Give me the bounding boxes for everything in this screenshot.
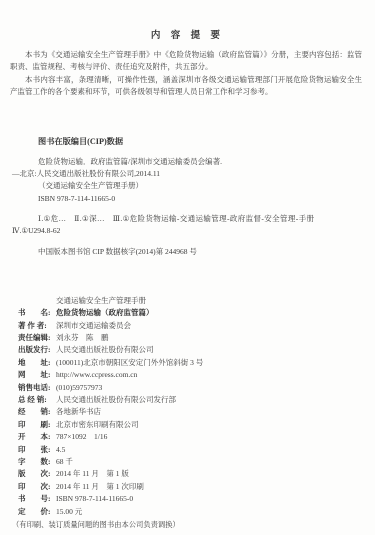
colophon-row: 地 址:(100011)北京市朝阳区安定门外外馆斜街 3 号 (18, 357, 375, 369)
cip-line: ISBN 978-7-114-11665-0 (12, 193, 314, 205)
cip-header: 图书在版编目(CIP)数据 (38, 136, 314, 147)
colophon-value: 深圳市交通运输委员会 (56, 321, 131, 330)
colophon-label: 印 刷: (18, 419, 56, 431)
cip-line: 危险货物运输．政府监管篇/深圳市交通运输委员会编著. (12, 156, 314, 168)
colophon-row: 责任编辑:刘永芬 陈 鹏 (18, 332, 375, 344)
colophon-label: 书 号: (18, 493, 56, 505)
colophon-label: 开 本: (18, 431, 56, 443)
colophon-row: 出版发行:人民交通出版社股份有限公司 (18, 344, 375, 356)
colophon-label: 字 数: (18, 456, 56, 468)
cip-line: （交通运输安全生产管理手册） (12, 180, 314, 192)
quality-note: （有印刷、装订质量问题的图书由本公司负责调换） (12, 519, 375, 531)
colophon-value: (100011)北京市朝阳区安定门外外馆斜街 3 号 (56, 358, 203, 367)
colophon-label: 书 名: (18, 307, 56, 319)
colophon-value: 各地新华书店 (56, 407, 101, 416)
colophon-value: 刘永芬 陈 鹏 (56, 333, 109, 342)
cip-classification: Ⅰ.①危… Ⅱ.①深… Ⅲ.①危险货物运输-交通运输管理-政府监督-安全管理-手… (12, 213, 314, 238)
colophon-label: 地 址: (18, 357, 56, 369)
colophon-value: 68 千 (56, 457, 73, 466)
colophon-value: 4.5 (56, 445, 65, 454)
colophon-row: 网 址:http://www.ccpress.com.cn (18, 369, 375, 381)
colophon-row: 印 刷:北京市密东印刷有限公司 (18, 419, 375, 431)
summary-title: 内 容 提 要 (0, 27, 375, 41)
colophon-row: 书 名:危险货物运输（政府监管篇） (18, 307, 375, 319)
summary-paragraphs: 本书为《交通运输安全生产管理手册》中《危险货物运输（政府监管篇）》分册，主要内容… (0, 49, 375, 99)
colophon-label: 经 销: (18, 406, 56, 418)
colophon-rows: 书 名:危险货物运输（政府监管篇） 著 作 者:深圳市交通运输委员会 责任编辑:… (18, 307, 375, 518)
colophon-label: 著 作 者: (18, 320, 56, 332)
colophon-row: 著 作 者:深圳市交通运输委员会 (18, 320, 375, 332)
colophon-label: 销售电话: (18, 382, 56, 394)
colophon-value: http://www.ccpress.com.cn (56, 370, 137, 379)
colophon-label: 定 价: (18, 506, 56, 518)
colophon-value: 2014 年 11 月 第 1 版 (56, 469, 129, 478)
colophon-row: 销售电话:(010)59757973 (18, 382, 375, 394)
summary-paragraph: 本书内容丰富，条理清晰，可操作性强，涵盖深圳市各级交通运输管理部门开展危险货物运… (10, 74, 362, 99)
colophon-label: 印 次: (18, 481, 56, 493)
colophon-label: 版 次: (18, 468, 56, 480)
copyright-page: 内 容 提 要 本书为《交通运输安全生产管理手册》中《危险货物运输（政府监管篇）… (0, 0, 375, 535)
colophon-row: 经 销:各地新华书店 (18, 406, 375, 418)
colophon-row: 版 次:2014 年 11 月 第 1 版 (18, 468, 375, 480)
colophon-value: 危险货物运输（政府监管篇） (56, 308, 154, 317)
colophon-row: 定 价:15.00 元 (18, 506, 375, 518)
cip-section: 图书在版编目(CIP)数据 危险货物运输．政府监管篇/深圳市交通运输委员会编著.… (12, 136, 314, 259)
colophon-value: (010)59757973 (56, 383, 102, 392)
colophon-row: 开 本:787×1092 1/16 (18, 431, 375, 443)
content-summary-section: 内 容 提 要 本书为《交通运输安全生产管理手册》中《危险货物运输（政府监管篇）… (0, 0, 375, 99)
colophon-value: 人民交通出版社股份有限公司发行部 (56, 395, 176, 404)
colophon-value: 2014 年 11 月 第 1 次印刷 (56, 482, 144, 491)
cip-line: —北京:人民交通出版社股份有限公司,2014.11 (12, 168, 314, 180)
colophon-label: 总 经 销: (18, 394, 56, 406)
colophon-value: 15.00 元 (56, 507, 82, 516)
colophon-label: 印 张: (18, 444, 56, 456)
colophon-row: 印 次:2014 年 11 月 第 1 次印刷 (18, 481, 375, 493)
colophon-value: ISBN 978-7-114-11665-0 (56, 494, 133, 503)
colophon-section: 交通运输安全生产管理手册 书 名:危险货物运输（政府监管篇） 著 作 者:深圳市… (18, 295, 375, 531)
summary-paragraph: 本书为《交通运输安全生产管理手册》中《危险货物运输（政府监管篇）》分册，主要内容… (10, 49, 362, 74)
colophon-row: 印 张:4.5 (18, 444, 375, 456)
colophon-value: 北京市密东印刷有限公司 (56, 420, 139, 429)
colophon-value: 人民交通出版社股份有限公司 (56, 345, 154, 354)
colophon-label: 出版发行: (18, 344, 56, 356)
colophon-row: 书 号:ISBN 978-7-114-11665-0 (18, 493, 375, 505)
colophon-row: 总 经 销:人民交通出版社股份有限公司发行部 (18, 394, 375, 406)
cip-record-number: 中国版本图书馆 CIP 数据核字(2014)第 244968 号 (12, 246, 314, 258)
cip-description: 危险货物运输．政府监管篇/深圳市交通运输委员会编著.—北京:人民交通出版社股份有… (12, 156, 314, 205)
series-title: 交通运输安全生产管理手册 (56, 295, 375, 307)
colophon-value: 787×1092 1/16 (56, 432, 107, 441)
colophon-label: 责任编辑: (18, 332, 56, 344)
colophon-label: 网 址: (18, 369, 56, 381)
colophon-row: 字 数:68 千 (18, 456, 375, 468)
